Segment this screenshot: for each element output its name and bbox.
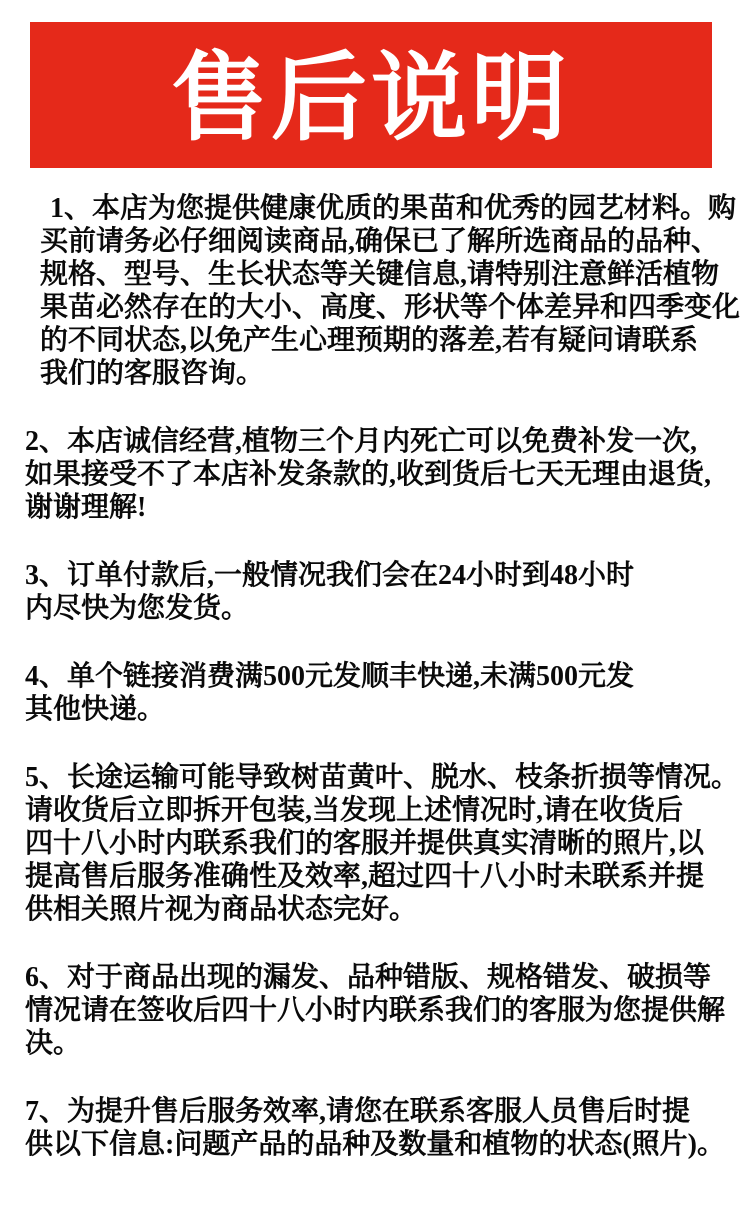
notice-body: 1、本店为您提供健康优质的果苗和优秀的园艺材料。购 买前请务必仔细阅读商品,确保… — [0, 192, 750, 1161]
paragraph-1-store-quality-notice: 1、本店为您提供健康优质的果苗和优秀的园艺材料。购 买前请务必仔细阅读商品,确保… — [0, 192, 750, 390]
after-sales-banner: 售后说明 — [30, 22, 712, 168]
paragraph-7-service-info-request: 7、为提升售后服务效率,请您在联系客服人员售后时提 供以下信息:问题产品的品种及… — [0, 1095, 750, 1161]
paragraph-4-courier-policy: 4、单个链接消费满500元发顺丰快递,未满500元发 其他快递。 — [0, 660, 750, 726]
page-title: 售后说明 — [171, 43, 571, 147]
paragraph-5-transport-damage-policy: 5、长途运输可能导致树苗黄叶、脱水、枝条折损等情况。 请收货后立即拆开包装,当发… — [0, 761, 750, 926]
after-sales-page: { "colors": { "banner_bg": "#e5291a", "b… — [0, 0, 750, 1215]
paragraph-6-wrong-item-policy: 6、对于商品出现的漏发、品种错版、规格错发、破损等 情况请在签收后四十八小时内联… — [0, 961, 750, 1060]
paragraph-3-shipping-time: 3、订单付款后,一般情况我们会在24小时到48小时 内尽快为您发货。 — [0, 559, 750, 625]
paragraph-2-reissue-policy: 2、本店诚信经营,植物三个月内死亡可以免费补发一次, 如果接受不了本店补发条款的… — [0, 425, 750, 524]
